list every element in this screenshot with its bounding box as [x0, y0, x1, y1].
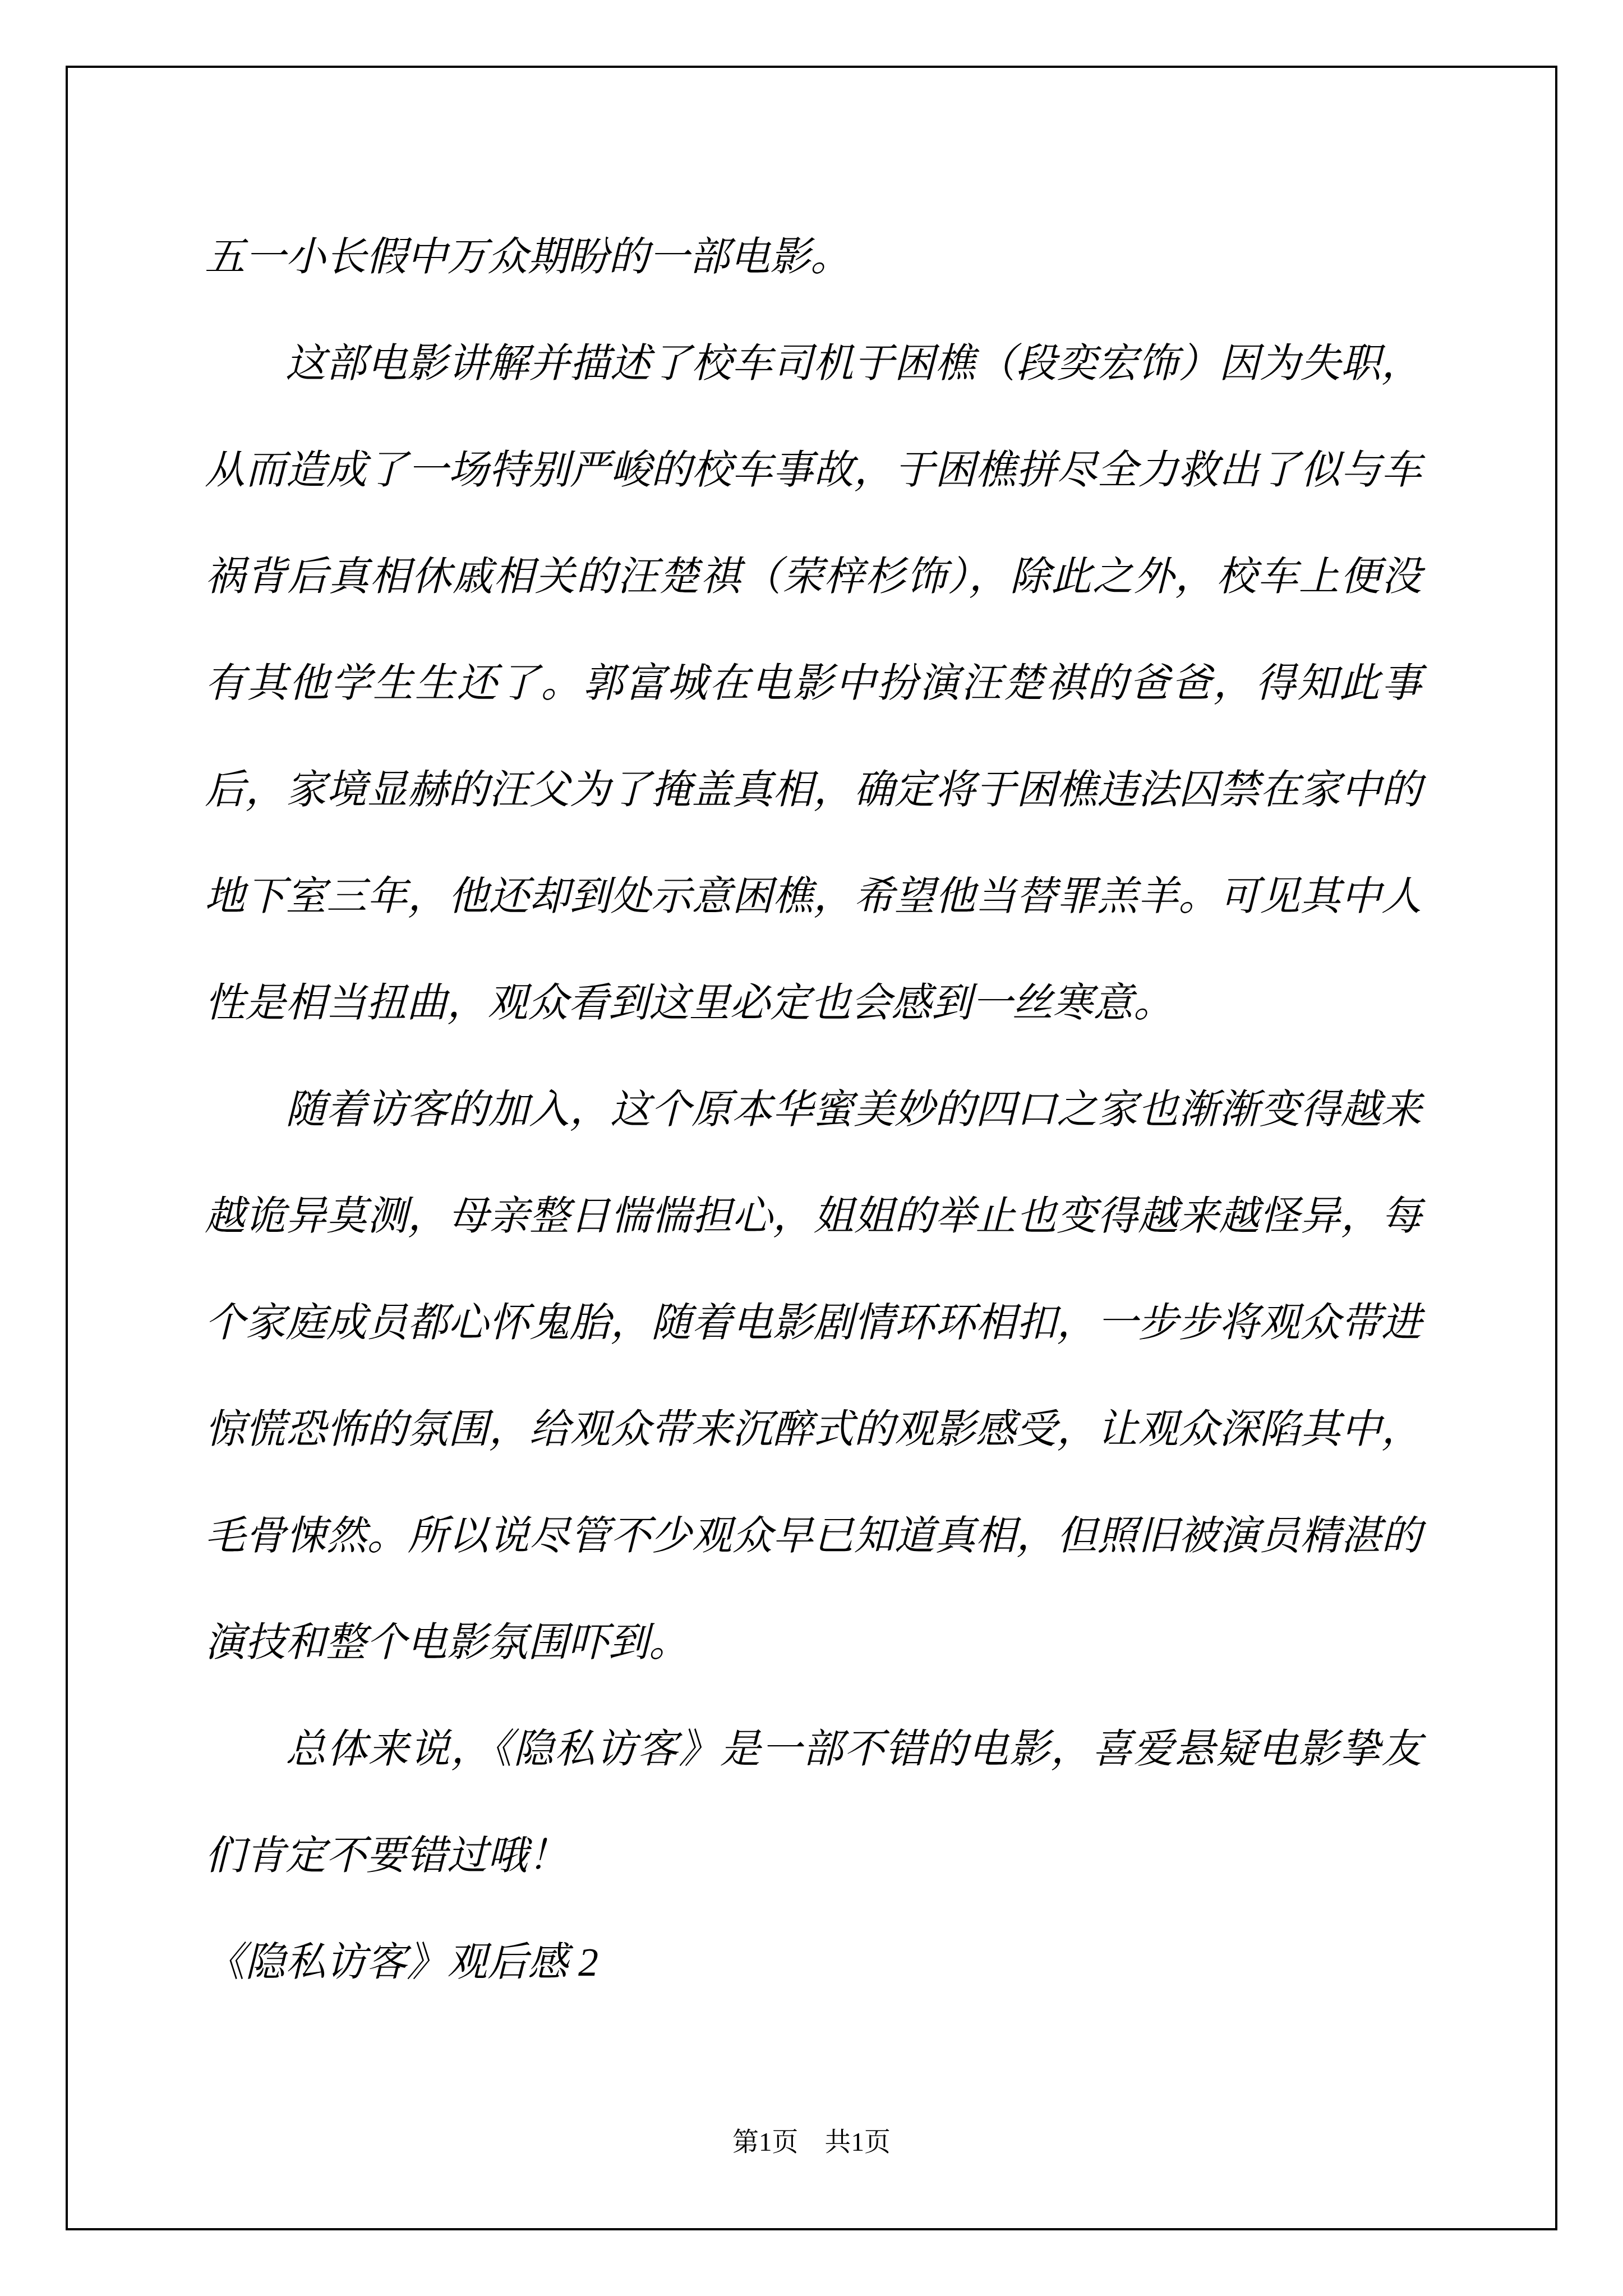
paragraph-continuation: 五一小长假中万众期盼的一部电影。 [205, 204, 1422, 310]
paragraph-plot-summary: 这部电影讲解并描述了校车司机于困樵（段奕宏饰）因为失职，从而造成了一场特别严峻的… [205, 310, 1422, 1056]
page-number-footer: 第1页 共1页 [0, 2129, 1623, 2156]
section-heading-review-2: 《隐私访客》观后感 2 [205, 1909, 1422, 2016]
paragraph-atmosphere: 随着访客的加入，这个原本华蜜美妙的四口之家也渐渐变得越来越诡异莫测，母亲整日惴惴… [205, 1056, 1422, 1696]
document-body: 五一小长假中万众期盼的一部电影。 这部电影讲解并描述了校车司机于困樵（段奕宏饰）… [205, 204, 1422, 2016]
paragraph-conclusion: 总体来说，《隐私访客》是一部不错的电影，喜爱悬疑电影挚友们肯定不要错过哦！ [205, 1696, 1422, 1909]
document-page: 五一小长假中万众期盼的一部电影。 这部电影讲解并描述了校车司机于困樵（段奕宏饰）… [0, 0, 1623, 2296]
